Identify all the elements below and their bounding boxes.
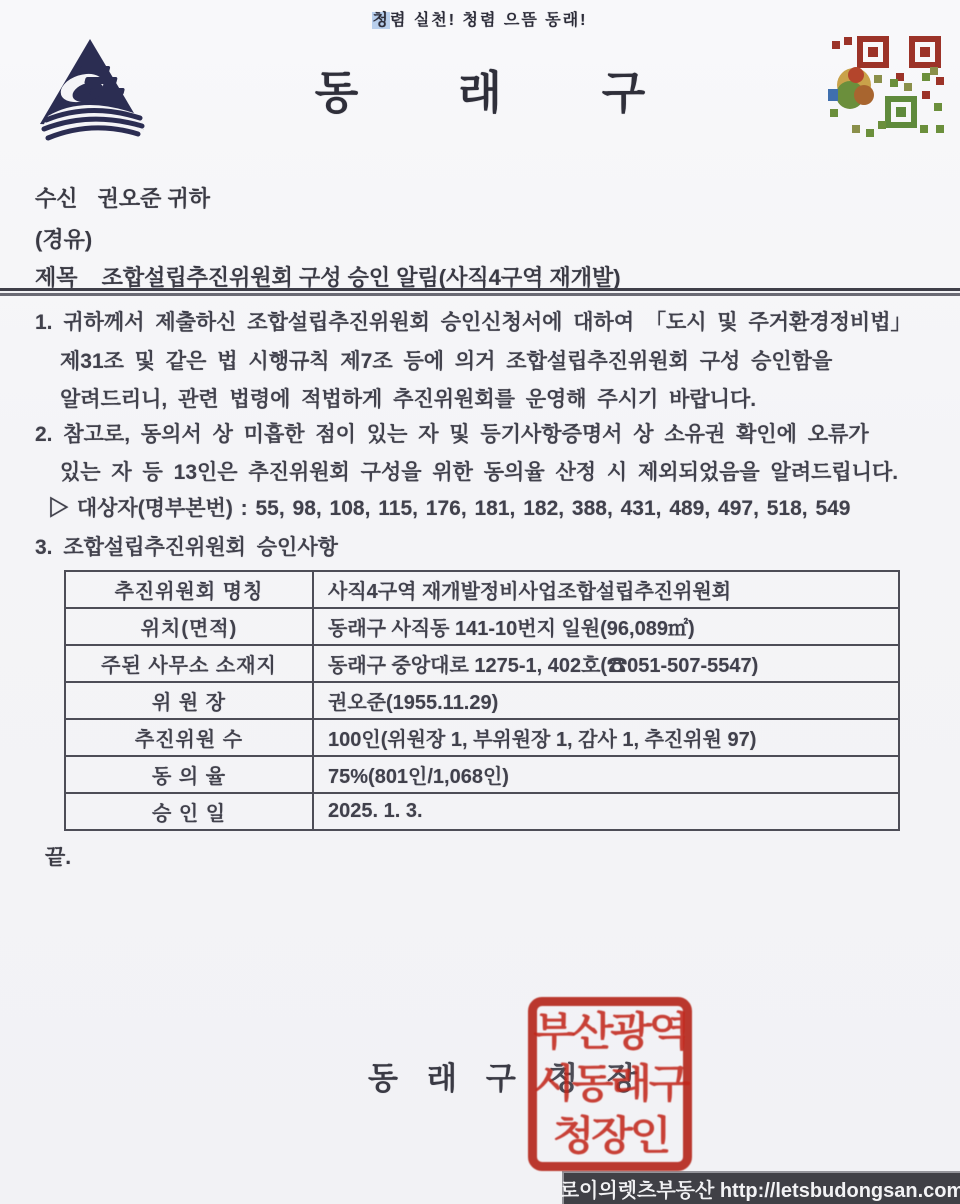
slogan-text: 렴 실천! 청렴 으뜸 동래! <box>390 12 588 29</box>
row-value: 사직4구역 재개발정비사업조합설립추진위원회 <box>313 571 899 608</box>
approval-table: 추진위원회 명칭사직4구역 재개발정비사업조합설립추진위원회 위치(면적)동래구… <box>64 570 900 831</box>
table-row: 위 원 장권오준(1955.11.29) <box>65 682 899 719</box>
seal-text-row: 시동래구 <box>533 1064 687 1104</box>
table-row: 추진위원회 명칭사직4구역 재개발정비사업조합설립추진위원회 <box>65 571 899 608</box>
seal-text-row: 청장인 <box>552 1116 667 1156</box>
para1-line1: 1. 귀하께서 제출하신 조합설립추진위원회 승인신청서에 대하여 「도시 및 … <box>35 306 911 336</box>
recipient-name: 권오준 귀하 <box>98 186 210 211</box>
recipient-label: 수신 <box>35 186 78 211</box>
para1-line3: 알려드리니, 관련 법령에 적법하게 추진위원회를 운영해 주시기 바랍니다. <box>60 383 756 413</box>
row-label: 추진위원회 명칭 <box>65 571 313 608</box>
watermark-text: 로이의렛츠부동산 http://letsbudongsan.com <box>560 1174 960 1203</box>
row-label: 추진위원 수 <box>65 719 313 756</box>
para2-line1: 2. 참고로, 동의서 상 미흡한 점이 있는 자 및 등기사항증명서 상 소유… <box>35 418 869 448</box>
row-value: 권오준(1955.11.29) <box>313 682 899 719</box>
table-row: 추진위원 수100인(위원장 1, 부위원장 1, 감사 1, 추진위원 97) <box>65 719 899 756</box>
table-row: 동 의 율75%(801인/1,068인) <box>65 756 899 793</box>
row-value: 2025. 1. 3. <box>313 793 899 830</box>
para3-heading: 3. 조합설립추진위원회 승인사항 <box>35 531 338 561</box>
row-label: 주된 사무소 소재지 <box>65 645 313 682</box>
row-label: 동 의 율 <box>65 756 313 793</box>
subject-text: 조합설립추진위원회 구성 승인 알림(사직4구역 재개발) <box>102 265 621 290</box>
row-value: 75%(801인/1,068인) <box>313 756 899 793</box>
document-title: 동래구 <box>0 56 960 121</box>
decorative-qr-stamp <box>826 33 952 144</box>
row-label: 승 인 일 <box>65 793 313 830</box>
row-label: 위치(면적) <box>65 608 313 645</box>
table-row: 위치(면적)동래구 사직동 141-10번지 일원(96,089㎡) <box>65 608 899 645</box>
para1-line2: 제31조 및 같은 법 시행규칙 제7조 등에 의거 조합설립추진위원회 구성 … <box>60 345 832 375</box>
official-red-seal: 부산광역 시동래구 청장인 <box>528 997 692 1171</box>
via-line: (경유) <box>35 223 92 254</box>
table-row: 승 인 일2025. 1. 3. <box>65 793 899 830</box>
table-row: 주된 사무소 소재지동래구 중앙대로 1275-1, 402호(☎051-507… <box>65 645 899 682</box>
signature-org: 동래구 <box>368 1053 545 1098</box>
row-label: 위 원 장 <box>65 682 313 719</box>
slogan-highlight: 청 <box>372 12 389 29</box>
row-value: 동래구 중앙대로 1275-1, 402호(☎051-507-5547) <box>313 645 899 682</box>
row-value: 동래구 사직동 141-10번지 일원(96,089㎡) <box>313 608 899 645</box>
para2-line2: 있는 자 등 13인은 추진위원회 구성을 위한 동의율 산정 시 제외되었음을… <box>60 456 898 486</box>
end-mark: 끝. <box>45 841 71 871</box>
recipient-line: 수신 권오준 귀하 <box>35 182 210 213</box>
subject-label: 제목 <box>35 265 78 290</box>
seal-text-row: 부산광역 <box>533 1012 687 1052</box>
row-value: 100인(위원장 1, 부위원장 1, 감사 1, 추진위원 97) <box>313 719 899 756</box>
header-divider <box>0 288 960 293</box>
watermark-bar: 로이의렛츠부동산 http://letsbudongsan.com <box>562 1171 960 1204</box>
slogan-banner: 청렴 실천! 청렴 으뜸 동래! <box>0 7 960 30</box>
scanned-official-document: 청렴 실천! 청렴 으뜸 동래! 동래구 <box>0 0 960 1204</box>
para2-targets-line: ▷ 대상자(명부본번) : 55, 98, 108, 115, 176, 181… <box>48 492 850 522</box>
